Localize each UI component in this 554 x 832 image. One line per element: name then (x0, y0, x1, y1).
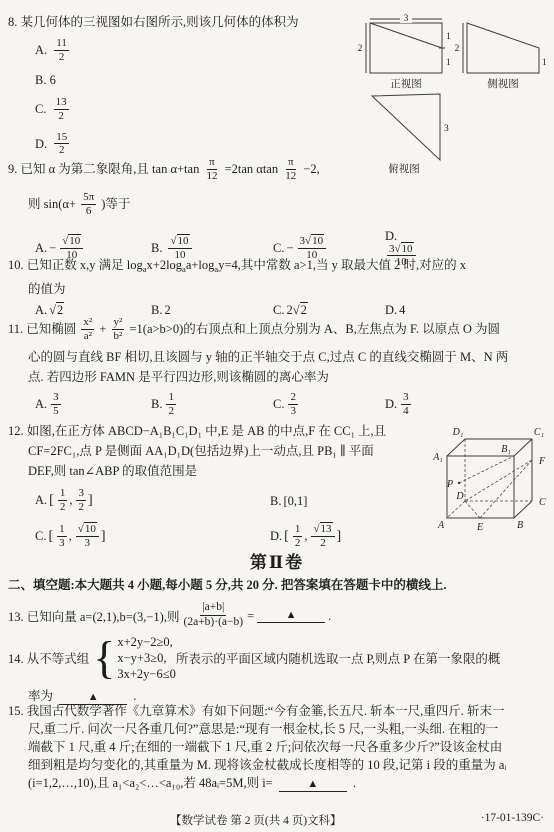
front-view-diagonal (370, 23, 442, 48)
cube-figure: D₁ C₁ A₁ B₁ F P D C A B E (422, 421, 554, 537)
fraction: π12 (204, 156, 219, 182)
q14-system-row: 14. 从不等式组 { x+2y−2≥0, x−y+3≥0, 3x+2y−6≤0… (8, 634, 500, 682)
fill-in-header: 二、填空题:本大题共 4 小题,每小题 5 分,共 20 分. 把答案填在答题卡… (8, 577, 447, 594)
sqrt: √10 (170, 234, 189, 247)
vertex-label-D: D (455, 491, 464, 502)
q12-option-a: A.[12,32] (35, 488, 270, 514)
dim-label: 1 (542, 58, 547, 68)
q11-option-d: D.34 (385, 392, 548, 418)
sqrt-radicand: 2 (56, 302, 64, 317)
q11-stem-line3: 点. 若四边形 FAMN 是平行四边形,则该椭圆的离心率为 (28, 369, 548, 386)
q10-option-d: D.4 (385, 303, 548, 318)
fraction-denominator: 3 (288, 405, 298, 418)
text-run: 11. 已知椭圆 (8, 322, 76, 336)
cube-edge (514, 501, 532, 518)
section-2-title: 第Ⅱ卷 (0, 548, 554, 573)
text-run: y=4,其中常数 a>1,当 y 取最大值 2 时,对应的 x (218, 258, 466, 272)
question-15: 15. 我国古代数学著作《九章算术》有如下问题:“今有金箠,长五尺. 斩本一尺,… (8, 703, 548, 792)
fraction-numerator: x² (81, 316, 94, 330)
period: . (133, 689, 136, 703)
fraction: 132 (54, 96, 69, 122)
fraction: y²b² (112, 316, 125, 342)
option-label: D. (385, 303, 397, 317)
option-value: 2 (164, 303, 170, 317)
text-run: 则 sin(α+ (28, 197, 76, 211)
fraction-denominator: b² (112, 330, 125, 343)
q9-stem: 9. 已知 α 为第二象限角,且 tan α+tan π12 =2tan αta… (8, 157, 428, 183)
text-run: )等于 (101, 197, 130, 211)
text-run: −2, (303, 162, 319, 176)
cube-hidden-edge (447, 501, 465, 518)
answer-blank: ▲ (257, 610, 325, 623)
answer-blank: ▲ (279, 779, 347, 792)
vertex-label-A1: A₁ (432, 452, 443, 463)
q11-option-c: C.23 (273, 392, 385, 418)
segment-FD (465, 460, 532, 501)
sqrt: 2√2 (286, 303, 307, 317)
side-view-shape (467, 23, 539, 73)
sqrt-radicand: 10 (177, 234, 190, 247)
sqrt-radicand: 13 (320, 522, 333, 535)
plus-sign: + (99, 322, 106, 336)
triangle-mark: ▲ (307, 778, 318, 790)
q12-stem: 12. 如图,在正方体 ABCD−A₁B₁C₁D₁ 中,E 是 AB 的中点,F… (8, 423, 420, 440)
comma: , (304, 529, 307, 543)
q8-option-d: D. 152 (35, 132, 368, 158)
option-label: B. (35, 73, 46, 87)
sqrt-sign: √ (305, 235, 311, 247)
fraction-numerator: 3 (76, 487, 86, 501)
q12-stem-line3: DEF,则 tan∠ABP 的取值范围是 (28, 463, 420, 480)
sqrt-sign: √ (49, 303, 56, 317)
fraction-denominator: (2a+b)·(a−b) (181, 616, 245, 629)
fraction-numerator: 2 (288, 391, 298, 405)
fraction: 34 (401, 391, 411, 417)
sqrt-sign: √ (293, 303, 300, 317)
sqrt-radicand: 2 (300, 302, 308, 317)
fraction: 12 (166, 391, 176, 417)
option-label: B. (151, 241, 162, 255)
q11-stem: 11. 已知椭圆 x²a² + y²b² =1(a>b>0)的右顶点和上顶点分别… (8, 317, 548, 343)
option-label: A. (35, 43, 47, 57)
q11-stem-line2: 心的圆与直线 BF 相切,且该圆与 y 轴的正半轴交于点 C,过点 C 的直线交… (28, 349, 548, 366)
option-label: C. (273, 303, 284, 317)
fraction: 12 (58, 487, 68, 513)
side-view-label: 侧视图 (487, 77, 519, 90)
comma: , (69, 529, 72, 543)
q10-stem-line2: 的值为 (28, 281, 548, 298)
fraction-numerator: 1 (58, 487, 68, 501)
vertex-label-B1: B₁ (501, 444, 511, 455)
segment-DE (465, 501, 480, 518)
triangle-mark: ▲ (88, 691, 99, 703)
sqrt: √10 (78, 522, 97, 535)
q13-stem: 13. 已知向量 a=(2,1),b=(3,−1),则 (8, 607, 179, 625)
option: C. 132 (35, 102, 71, 116)
period: . (328, 609, 331, 624)
fraction: 35 (51, 391, 61, 417)
q10-stem: 10. 已知正数 x,y 满足 logax+2logaa+logay=4,其中常… (8, 257, 548, 278)
sqrt: √10 (62, 234, 81, 247)
vertex-label-C: C (539, 497, 546, 508)
fraction-numerator: π (207, 156, 217, 170)
dim-label: 1 (446, 32, 451, 42)
fraction-denominator: 12 (283, 170, 298, 183)
sqrt-radicand: 10 (84, 522, 97, 535)
q10-option-b: B.2 (151, 303, 273, 318)
fraction-denominator: a² (82, 330, 94, 343)
option-label: A. (35, 493, 47, 507)
option: D. 152 (35, 137, 71, 151)
fraction-numerator: 3 (401, 391, 411, 405)
vertex-label-C1: C₁ (534, 427, 544, 438)
option-label: B. (151, 397, 162, 411)
footer-code: ·17-01-139C· (481, 812, 544, 824)
bracket-close: ] (88, 493, 93, 508)
text-run: (i=1,2,…,10),且 a₁<a₂<…<a₁₀,若 48aᵢ=5M,则 i… (28, 776, 273, 790)
q12-option-c: C.[13,√103] (35, 524, 270, 550)
fraction-denominator: 2 (56, 110, 66, 123)
dim-label: 2 (358, 44, 363, 54)
fraction-numerator: √10 (168, 235, 191, 249)
inequality-3: 3x+2y−6≤0 (117, 666, 175, 682)
fraction-denominator: 4 (401, 405, 411, 418)
bracket-open: [ (49, 493, 54, 508)
text-run: 率为 (28, 689, 53, 703)
fraction-denominator: 6 (84, 205, 94, 218)
q15-line4: 细到粗是均匀变化的,其重量为 M. 现将该金杖截成长度相等的 10 段,记第 i… (28, 757, 548, 774)
sqrt: √10 (305, 234, 324, 247)
vertex-label-A: A (437, 520, 445, 531)
minus-sign: − (49, 241, 56, 255)
option-label: D. (385, 229, 397, 243)
bracket-open: [ (48, 529, 53, 544)
equals-sign: = (247, 609, 254, 624)
segment-PB1 (459, 456, 514, 483)
fraction-numerator: 5π (81, 191, 96, 205)
option-label: C. (35, 529, 46, 543)
text-run: 9. 已知 α 为第二象限角,且 tan α+tan (8, 162, 199, 176)
q9-stem-line2: 则 sin(α+ 5π6 )等于 (28, 192, 428, 218)
fraction: 23 (288, 391, 298, 417)
option-label: A. (35, 241, 47, 255)
fraction-denominator: 2 (57, 144, 67, 157)
fraction-numerator: √10 (60, 235, 83, 249)
fraction: x²a² (81, 316, 94, 342)
sqrt: √13 (313, 522, 332, 535)
minus-sign: − (286, 241, 293, 255)
q8-option-a: A. 112 (35, 38, 368, 64)
question-12: 12. 如图,在正方体 ABCD−A₁B₁C₁D₁ 中,E 是 AB 的中点,F… (8, 423, 420, 551)
question-14: 14. 从不等式组 { x+2y−2≥0, x−y+3≥0, 3x+2y−6≤0… (8, 634, 500, 705)
q12-options: A.[12,32] B.[0,1] C.[13,√103] D.[12,√132… (8, 488, 420, 551)
top-view-shape (372, 94, 440, 160)
question-10: 10. 已知正数 x,y 满足 logax+2logaa+logay=4,其中常… (8, 257, 548, 318)
cube-edge (447, 439, 465, 456)
inequality-system: x+2y−2≥0, x−y+3≥0, 3x+2y−6≤0 (117, 634, 175, 682)
footer-title: 【数学试卷 第 2 页(共 4 页)文科】 (170, 812, 342, 828)
q15-line3: 端截下 1 尺,重 4 斤;在细的一端截下 1 尺,重 2 斤;问依次每一尺各重… (28, 739, 548, 756)
question-11: 11. 已知椭圆 x²a² + y²b² =1(a>b>0)的右顶点和上顶点分别… (8, 317, 548, 419)
fraction-numerator: y² (112, 316, 125, 330)
question-8: 8. 某几何体的三视图如右图所示,则该几何体的体积为 A. 112 B. 6 C… (8, 14, 368, 158)
comma: , (69, 493, 72, 507)
fraction-numerator: 3√10 (298, 235, 327, 249)
fraction-numerator: √13 (311, 523, 334, 537)
fraction: 12 (293, 523, 303, 549)
q12-stem-line2: CF=2FC₁,点 P 是侧面 AA₁D₁D(包括边界)上一动点,且 PB₁ ∥… (28, 443, 420, 460)
exam-page: 8. 某几何体的三视图如右图所示,则该几何体的体积为 A. 112 B. 6 C… (0, 0, 554, 832)
option: A. 112 (35, 43, 71, 57)
fraction-denominator: 12 (204, 170, 219, 183)
fraction-numerator: π (286, 156, 296, 170)
bracket-open: [ (284, 529, 289, 544)
option-label: C. (35, 102, 46, 116)
q10-option-c: C.2√2 (273, 303, 385, 318)
fraction-numerator: 3√10 (387, 243, 416, 257)
option-label: B. (151, 303, 162, 317)
sqrt-radicand: 10 (401, 242, 414, 255)
inequality-2: x−y+3≥0, (117, 650, 175, 666)
sqrt: √2 (49, 303, 64, 317)
question-9: 9. 已知 α 为第二象限角,且 tan α+tan π12 =2tan αta… (8, 157, 428, 270)
vertex-label-D1: D₁ (452, 427, 464, 438)
option-value: 6 (50, 73, 56, 87)
fraction-numerator: 1 (57, 523, 67, 537)
fraction: 32 (76, 487, 86, 513)
q11-options: A.35 B.12 C.23 D.34 (8, 392, 548, 418)
fraction-numerator: |a+b| (200, 601, 226, 615)
fraction-denominator: 2 (58, 501, 68, 514)
q11-option-b: B.12 (151, 392, 273, 418)
q15-line5: (i=1,2,…,10),且 a₁<a₂<…<a₁₀,若 48aᵢ=5M,则 i… (28, 775, 548, 792)
fraction-numerator: 11 (54, 37, 69, 51)
point-P (458, 482, 460, 484)
q8-stem: 8. 某几何体的三视图如右图所示,则该几何体的体积为 (8, 14, 368, 31)
sqrt-sign: √ (395, 243, 401, 255)
fraction-numerator: 13 (54, 96, 69, 110)
fraction-numerator: √10 (76, 523, 99, 537)
q12-option-d: D.[12,√132] (270, 524, 420, 550)
option-label: C. (273, 241, 284, 255)
fraction: √103 (76, 523, 99, 549)
front-view-label: 正视图 (390, 77, 422, 90)
text-run: a+log (186, 258, 215, 272)
period: . (353, 776, 356, 790)
q15-line2: 尺,重二斤. 问次一尺各重几何?”意思是:“现有一根金杖,长 5 尺,一头粗,一… (28, 721, 548, 738)
sqrt-radicand: 10 (311, 234, 324, 247)
vertex-label-E: E (476, 522, 483, 533)
three-view-figure: 3 2 1 1 正视图 2 1 侧视图 3 俯视图 (352, 8, 554, 174)
option-label: C. (273, 397, 284, 411)
question-13: 13. 已知向量 a=(2,1),b=(3,−1),则 |a+b|(2a+b)·… (8, 598, 331, 634)
fraction-numerator: 1 (166, 391, 176, 405)
bracket-close: ] (101, 529, 106, 544)
sqrt-radicand: 10 (68, 234, 81, 247)
option-label: D. (270, 529, 282, 543)
text-run: =1(a>b>0)的右顶点和上顶点分别为 A、B,左焦点为 F. 以原点 O 为… (129, 322, 500, 336)
fraction-denominator: 2 (57, 51, 67, 64)
q15-line1: 15. 我国古代数学著作《九章算术》有如下问题:“今有金箠,长五尺. 斩本一尺,… (8, 703, 548, 720)
triangle-mark: ▲ (286, 609, 297, 621)
fraction-numerator: 15 (54, 131, 69, 145)
fraction: 152 (54, 131, 69, 157)
option-label: D. (385, 397, 397, 411)
option-value: [0,1] (283, 494, 307, 508)
dim-label: 1 (446, 58, 451, 68)
inequality-1: x+2y−2≥0, (117, 634, 175, 650)
fraction-denominator: 5 (51, 405, 61, 418)
q12-option-b: B.[0,1] (270, 494, 420, 509)
option-value: 4 (399, 303, 405, 317)
q14-lead: 14. 从不等式组 (8, 649, 89, 667)
dim-label: 3 (444, 124, 449, 134)
q8-option-b: B. 6 (35, 72, 368, 89)
fraction: π12 (283, 156, 298, 182)
text-run: =2tan αtan (225, 162, 279, 176)
vertex-label-B: B (517, 520, 523, 531)
q14-tail: 所表示的平面区域内随机选取一点 P,则点 P 在第一象限的概 (176, 649, 501, 667)
fraction: 5π6 (81, 191, 96, 217)
dim-label: 2 (455, 44, 460, 54)
text-run: x+2log (147, 258, 183, 272)
q8-option-c: C. 132 (35, 97, 368, 123)
bracket-close: ] (337, 529, 342, 544)
option-label: D. (35, 137, 47, 151)
cube-edge (514, 439, 532, 456)
fraction-numerator: 1 (293, 523, 303, 537)
fraction-numerator: 3 (51, 391, 61, 405)
option-label: A. (35, 303, 47, 317)
vertex-label-F: F (538, 456, 546, 467)
fraction-denominator: 2 (76, 501, 86, 514)
text-run: 10. 已知正数 x,y 满足 log (8, 258, 143, 272)
sqrt: √10 (395, 242, 414, 255)
fraction: 112 (54, 37, 69, 63)
fraction: √132 (311, 523, 334, 549)
fraction: 13 (57, 523, 67, 549)
q11-option-a: A.35 (35, 392, 151, 418)
fraction-denominator: 2 (166, 405, 176, 418)
option-label: A. (35, 397, 47, 411)
fraction: |a+b|(2a+b)·(a−b) (181, 601, 245, 628)
brace: { (93, 634, 115, 682)
front-view-rect (370, 23, 442, 73)
vertex-label-P: P (446, 479, 453, 490)
dim-label: 3 (404, 14, 409, 24)
option-label: B. (270, 494, 281, 508)
